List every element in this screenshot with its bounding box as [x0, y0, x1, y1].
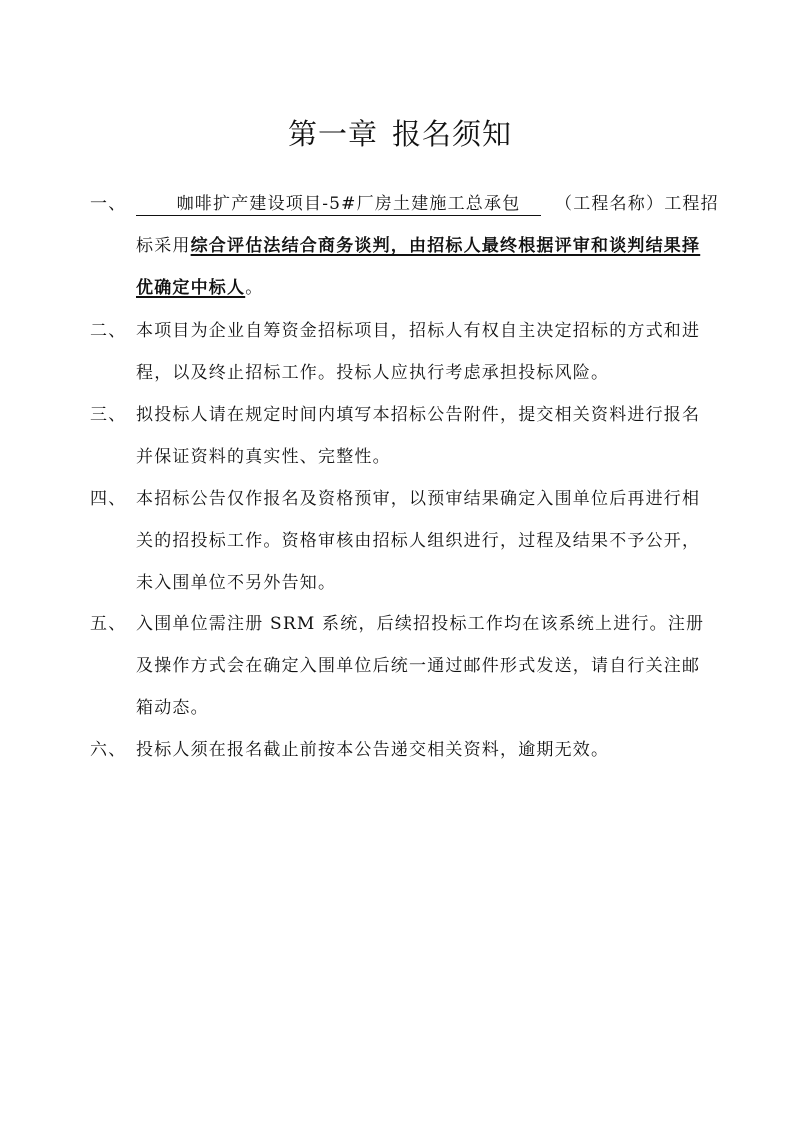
clause-6: 六、投标人须在报名截止前按本公告递交相关资料，逾期无效。 — [90, 729, 715, 771]
clause-2: 二、本项目为企业自筹资金招标项目，招标人有权自主决定招标的方式和进 程，以及终止… — [90, 310, 715, 394]
clause-number: 三、 — [90, 394, 136, 436]
chapter-number: 第一章 — [288, 117, 378, 151]
clause-text: 本项目为企业自筹资金招标项目，招标人有权自主决定招标的方式和进 — [136, 321, 700, 341]
clause-number: 四、 — [90, 478, 136, 520]
document-page: 第一章报名须知 一、咖啡扩产建设项目-5#厂房土建施工总承包（工程名称）工程招 … — [0, 0, 800, 1131]
clause-number: 六、 — [90, 729, 136, 771]
clause-text: 及操作方式会在确定入围单位后统一通过邮件形式发送，请自行关注邮 — [136, 656, 700, 676]
clause-5: 五、入围单位需注册 SRM 系统，后续招投标工作均在该系统上进行。注册 及操作方… — [90, 603, 715, 729]
clause-text: 。 — [245, 278, 263, 298]
clause-text: 拟投标人请在规定时间内填写本招标公告附件，提交相关资料进行报名 — [136, 405, 700, 425]
clause-text: 本招标公告仅作报名及资格预审，以预审结果确定入围单位后再进行相 — [136, 489, 700, 509]
clause-text: 入围单位需注册 SRM 系统，后续招投标工作均在该系统上进行。注册 — [136, 614, 704, 634]
clause-number: 二、 — [90, 310, 136, 352]
emphasized-text: 综合评估法结合商务谈判，由招标人最终根据评审和谈判结果择 — [191, 236, 701, 256]
clause-number: 五、 — [90, 603, 136, 645]
clause-3: 三、拟投标人请在规定时间内填写本招标公告附件，提交相关资料进行报名 并保证资料的… — [90, 394, 715, 478]
clause-text: 程，以及终止招标工作。投标人应执行考虑承担投标风险。 — [136, 363, 609, 383]
clause-text: 未入围单位不另外告知。 — [136, 573, 336, 593]
emphasized-text: 优确定中标人 — [136, 278, 245, 298]
clause-text: 标采用 — [136, 236, 191, 256]
clause-number: 一、 — [90, 183, 136, 225]
clause-text: （工程名称）工程招 — [555, 194, 719, 214]
clause-text: 并保证资料的真实性、完整性。 — [136, 447, 391, 467]
chapter-title: 报名须知 — [392, 117, 512, 151]
project-name-field: 咖啡扩产建设项目-5#厂房土建施工总承包 — [136, 193, 541, 216]
clause-1: 一、咖啡扩产建设项目-5#厂房土建施工总承包（工程名称）工程招 标采用综合评估法… — [90, 183, 715, 309]
page-title: 第一章报名须知 — [0, 112, 800, 153]
clause-text: 投标人须在报名截止前按本公告递交相关资料，逾期无效。 — [136, 740, 609, 760]
clause-4: 四、本招标公告仅作报名及资格预审，以预审结果确定入围单位后再进行相 关的招投标工… — [90, 478, 715, 604]
clause-text: 关的招投标工作。资格审核由招标人组织进行，过程及结果不予公开， — [136, 531, 700, 551]
clause-text: 箱动态。 — [136, 698, 209, 718]
